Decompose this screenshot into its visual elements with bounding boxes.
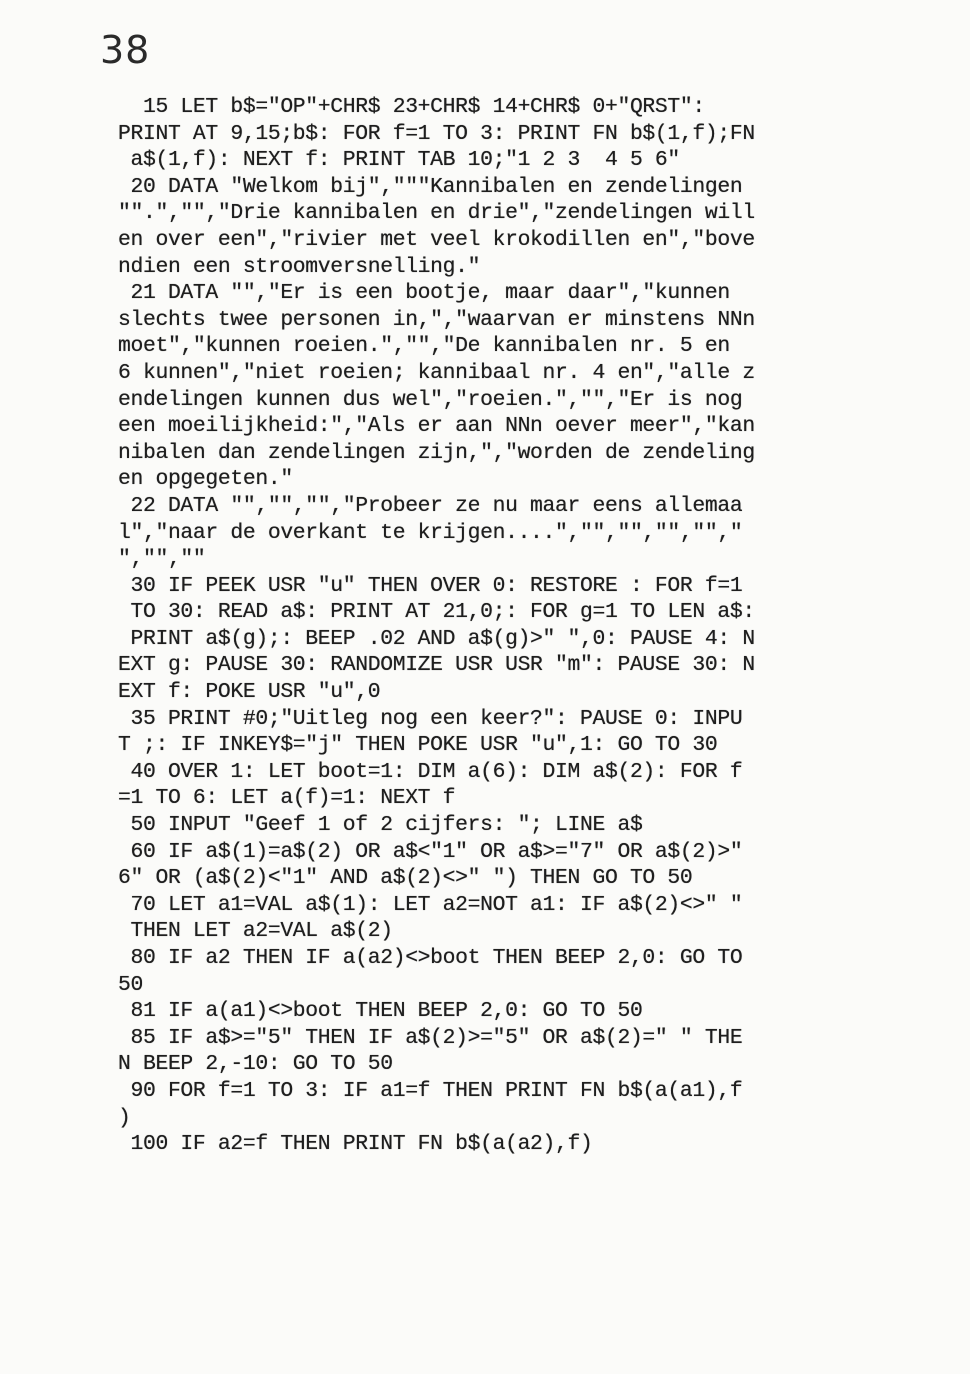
- listing-line: 100 IF a2=f THEN PRINT FN b$(a(a2),f): [118, 1131, 878, 1158]
- listing-line: TO 30: READ a$: PRINT AT 21,0;: FOR g=1 …: [118, 599, 878, 626]
- listing-line: en opgegeten.": [118, 466, 878, 493]
- program-listing: 15 LET b$="OP"+CHR$ 23+CHR$ 14+CHR$ 0+"Q…: [118, 94, 878, 1158]
- listing-line: 80 IF a2 THEN IF a(a2)<>boot THEN BEEP 2…: [118, 945, 878, 972]
- listing-line: 40 OVER 1: LET boot=1: DIM a(6): DIM a$(…: [118, 759, 878, 786]
- listing-line: nibalen dan zendelingen zijn,","worden d…: [118, 440, 878, 467]
- listing-line: "".","","Drie kannibalen en drie","zende…: [118, 200, 878, 227]
- listing-line: ndien een stroomversnelling.": [118, 254, 878, 281]
- listing-line: moet","kunnen roeien.","","De kannibalen…: [118, 333, 878, 360]
- listing-line: 15 LET b$="OP"+CHR$ 23+CHR$ 14+CHR$ 0+"Q…: [118, 94, 878, 121]
- listing-line: l","naar de overkant te krijgen....","",…: [118, 520, 878, 547]
- listing-line: 50 INPUT "Geef 1 of 2 cijfers: "; LINE a…: [118, 812, 878, 839]
- listing-line: 30 IF PEEK USR "u" THEN OVER 0: RESTORE …: [118, 573, 878, 600]
- listing-line: a$(1,f): NEXT f: PRINT TAB 10;"1 2 3 4 5…: [118, 147, 878, 174]
- listing-line: ): [118, 1105, 878, 1132]
- listing-line: 6" OR (a$(2)<"1" AND a$(2)<>" ") THEN GO…: [118, 865, 878, 892]
- listing-line: THEN LET a2=VAL a$(2): [118, 918, 878, 945]
- listing-line: 81 IF a(a1)<>boot THEN BEEP 2,0: GO TO 5…: [118, 998, 878, 1025]
- listing-line: en over een","rivier met veel krokodille…: [118, 227, 878, 254]
- listing-line: 70 LET a1=VAL a$(1): LET a2=NOT a1: IF a…: [118, 892, 878, 919]
- listing-line: 21 DATA "","Er is een bootje, maar daar"…: [118, 280, 878, 307]
- listing-line: 85 IF a$>="5" THEN IF a$(2)>="5" OR a$(2…: [118, 1025, 878, 1052]
- listing-line: 35 PRINT #0;"Uitleg nog een keer?": PAUS…: [118, 706, 878, 733]
- listing-line: =1 TO 6: LET a(f)=1: NEXT f: [118, 785, 878, 812]
- listing-line: endelingen kunnen dus wel","roeien.","",…: [118, 387, 878, 414]
- listing-line: 60 IF a$(1)=a$(2) OR a$<"1" OR a$>="7" O…: [118, 839, 878, 866]
- listing-line: 6 kunnen","niet roeien; kannibaal nr. 4 …: [118, 360, 878, 387]
- listing-line: N BEEP 2,-10: GO TO 50: [118, 1051, 878, 1078]
- page-number: 38: [100, 28, 150, 72]
- listing-line: 20 DATA "Welkom bij","""Kannibalen en ze…: [118, 174, 878, 201]
- listing-line: ","","": [118, 546, 878, 573]
- listing-line: PRINT AT 9,15;b$: FOR f=1 TO 3: PRINT FN…: [118, 121, 878, 148]
- listing-line: een moeilijkheid:","Als er aan NNn oever…: [118, 413, 878, 440]
- listing-line: 50: [118, 972, 878, 999]
- listing-line: 90 FOR f=1 TO 3: IF a1=f THEN PRINT FN b…: [118, 1078, 878, 1105]
- listing-line: 22 DATA "","","","Probeer ze nu maar een…: [118, 493, 878, 520]
- listing-line: PRINT a$(g);: BEEP .02 AND a$(g)>" ",0: …: [118, 626, 878, 653]
- listing-line: T ;: IF INKEY$="j" THEN POKE USR "u",1: …: [118, 732, 878, 759]
- listing-line: EXT g: PAUSE 30: RANDOMIZE USR USR "m": …: [118, 652, 878, 679]
- listing-line: EXT f: POKE USR "u",0: [118, 679, 878, 706]
- listing-line: slechts twee personen in,","waarvan er m…: [118, 307, 878, 334]
